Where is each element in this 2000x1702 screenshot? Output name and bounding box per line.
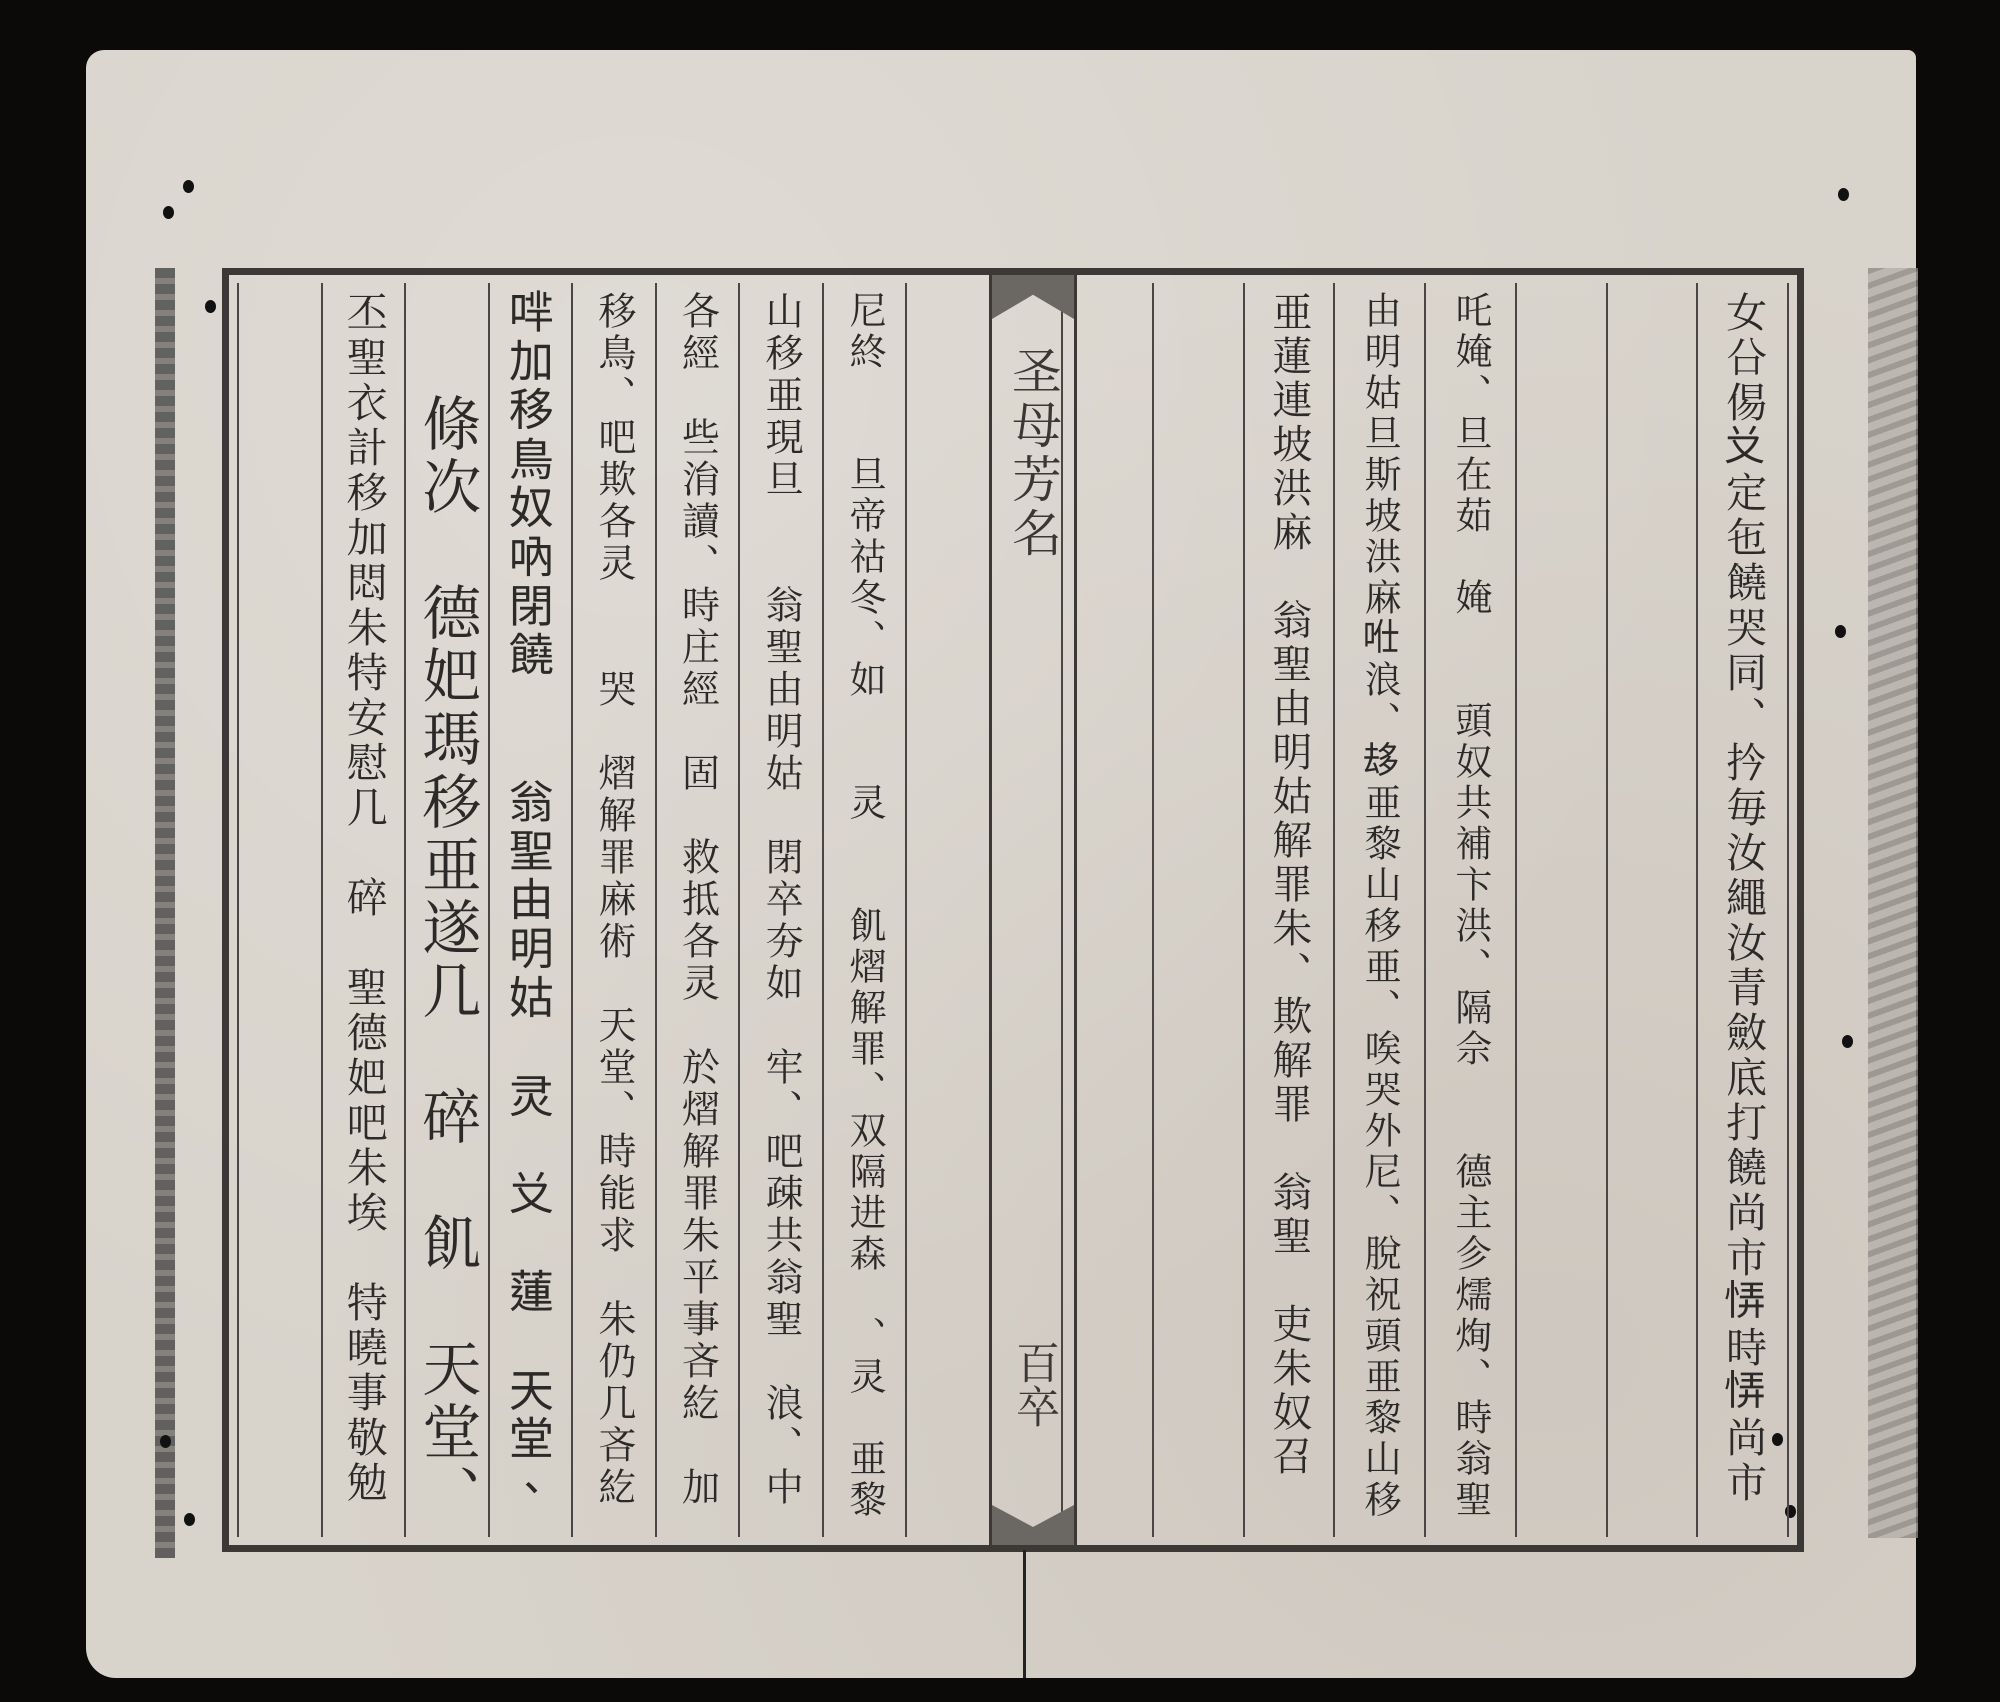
column-text: 各經𢫡些㳙讀、時庄經𠦳固𥳉救抵各灵𡏦於熠解罪朱平事吝紇𠴟加 [679, 291, 717, 1509]
text-column: 由明姑旦斯坡洪麻𠱊浪、𠫾亜黎山移亜、唉哭外尼、脫祝頭亜黎山移 [1333, 283, 1424, 1537]
right-rubbing-band [1868, 268, 1918, 1538]
text-column: 𠴟加移鳥奴吶閉饒𡑰𠶋翁聖由明姑𧡊灵𡏦𠬠𥙩蓮𣵰天堂、 [488, 283, 572, 1537]
column-text: 女㕣㑥𠬠定㐌饒哭同、扲毎汝繩汝青斂底打饒尚市𢙱時𢙱尚市 [1722, 291, 1763, 1506]
column-text: 由明姑旦斯坡洪麻𠱊浪、𠫾亜黎山移亜、唉哭外尼、脫祝頭亜黎山移 [1361, 291, 1398, 1521]
binding-hole [183, 180, 194, 193]
column-text: 尼終𧵑𠀧旦帝祜冬、如𧡊𠶋灵𡏦𠬠飢熠解罪、双隔进森𠰘、灵𡏦亜黎 [846, 291, 883, 1521]
text-column: 移鳥、吧欺各灵𡏦𠀧哭𡏦熠解罪麻術𣵰天堂、時能求𡨸朱仍几吝紇 [571, 283, 655, 1537]
column-text: 𡢐𣛠閉萬𢫡𠲖帝祜事𠳨透𠁑丕娄歇翁聖由明姑傳朱奴沛討哭𡢐 [1178, 291, 1219, 1506]
binding-hole [1835, 625, 1846, 638]
binding-hole [163, 206, 174, 219]
column-text: 𤇊、時𥚄𠬠丕當眏打饒、庄埋㕣尚沛𣷷礦麻𢙱奇、吧㕣吒㛪衆奴𧡊事 [1633, 291, 1670, 1521]
print-frame: 女㕣㑥𠬠定㐌饒哭同、扲毎汝繩汝青斂底打饒尚市𢙱時𢙱尚市 𤇊、時𥚄𠬠丕當眏打饒、庄… [222, 268, 1804, 1552]
column-text: 亜蓮連坡洪麻𩈘翁聖由明姑解罪朱、欺解罪𠶋翁聖𠬠吏朱奴召𥙩 [1269, 291, 1309, 1523]
binding-hole [205, 300, 216, 313]
text-column: 吒㛪、旦在茹𣉹㛪𠬠𠛌頭奴共補卞洪、隔佘𠰘𪐝德主㐱燸㶷、時翁聖 [1424, 283, 1515, 1537]
center-fold-banxin: 圣母芳名 百卒 [989, 275, 1077, 1545]
text-column: 尼終𧵑𠀧旦帝祜冬、如𧡊𠶋灵𡏦𠬠飢熠解罪、双隔进森𠰘、灵𡏦亜黎 [822, 283, 906, 1537]
text-column: 亜蓮連坡洪麻𩈘翁聖由明姑解罪朱、欺解罪𠶋翁聖𠬠吏朱奴召𥙩 [1243, 283, 1334, 1537]
fishtail-bottom-icon [992, 1505, 1074, 1545]
text-column: 丕聖衣計移加悶朱特安慰几𠁑碎𢥈聖德妑吧朱埃𠄼特曉事敬勉 [321, 283, 405, 1537]
text-column: 各經𢫡些㳙讀、時庄經𠦳固𥳉救抵各灵𡏦於熠解罪朱平事吝紇𠴟加 [655, 283, 739, 1537]
page-number: 百卒 [992, 1340, 1074, 1428]
column-text: 𬮌朱特称罪、爲丕頭㑥𣉹㛪𠬠𤇊特㕣𠰘連坡洪𡢐𣛠毎𢫡中城吧各 [928, 291, 968, 1523]
binding-hole [184, 1513, 195, 1526]
text-column: 𤇊、時𥚄𠬠丕當眏打饒、庄埋㕣尚沛𣷷礦麻𢙱奇、吧㕣吒㛪衆奴𧡊事 [1606, 283, 1697, 1537]
column-text: 移鳥、吧欺各灵𡏦𠀧哭𡏦熠解罪麻術𣵰天堂、時能求𡨸朱仍几吝紇 [595, 291, 633, 1509]
column-text: 條次𡗶德妑瑪移亜遂几𠁑碎𢫡飢𣵰天堂、 [417, 393, 476, 1527]
text-column: 𢫡哭𣷷德主㐱𠀧撰朱特𢣂灵𡏦時𥚄㐱中經聖麻𢭸術𢥈聖德妑浪、 [237, 283, 321, 1537]
left-page: 𬮌朱特称罪、爲丕頭㑥𣉹㛪𠬠𤇊特㕣𠰘連坡洪𡢐𣛠毎𢫡中城吧各 尼終𧵑𠀧旦帝祜冬、如𧡊… [237, 283, 989, 1537]
column-text: 𣛠毎𢫡𪐝𢵻麻特恩重体𠬠、閉𬮌亜黎山移亜疎浪、欺𢫡𠱤𠛌頭碎𤴬 [1088, 291, 1126, 1509]
column-text: 𢫡哭𣷷德主㐱𠀧撰朱特𢣂灵𡏦時𥚄㐱中經聖麻𢭸術𢥈聖德妑浪、 [260, 291, 300, 1523]
binding-hole [1842, 1035, 1853, 1048]
text-column: 女㕣㑥𠬠定㐌饒哭同、扲毎汝繩汝青斂底打饒尚市𢙱時𢙱尚市 [1696, 283, 1789, 1537]
column-text: 𠁑丕時惜𣉹命凜吧生𢙇陣𢀨㑥𣉹㛪𠬠在奴麻𣘃𣉹、朱年班店㕣边 [1541, 291, 1581, 1523]
text-column: 條次𡗶德妑瑪移亜遂几𠁑碎𢫡飢𣵰天堂、 [404, 283, 488, 1537]
fishtail-top-icon [992, 275, 1074, 319]
book-title: 圣母芳名 [992, 345, 1074, 561]
column-text: 丕聖衣計移加悶朱特安慰几𠁑碎𢥈聖德妑吧朱埃𠄼特曉事敬勉 [343, 291, 384, 1506]
center-fold-line [1023, 1550, 1026, 1678]
column-text: 吒㛪、旦在茹𣉹㛪𠬠𠛌頭奴共補卞洪、隔佘𠰘𪐝德主㐱燸㶷、時翁聖 [1452, 291, 1489, 1521]
binding-hole [1838, 188, 1849, 201]
binding-hole [160, 1435, 171, 1448]
column-text: 𠴟加移鳥奴吶閉饒𡑰𠶋翁聖由明姑𧡊灵𡏦𠬠𥙩蓮𣵰天堂、 [508, 291, 553, 1516]
right-page: 女㕣㑥𠬠定㐌饒哭同、扲毎汝繩汝青斂底打饒尚市𢙱時𢙱尚市 𤇊、時𥚄𠬠丕當眏打饒、庄… [1061, 283, 1789, 1537]
left-binding-edge [155, 268, 175, 1558]
column-text: 山移亜現旦𡢐𣛠翁聖由明姑𤐝閉卒夯如𡎢牢、吧疎共翁聖𠬠浪、中 [762, 291, 800, 1509]
text-column: 𬮌朱特称罪、爲丕頭㑥𣉹㛪𠬠𤇊特㕣𠰘連坡洪𡢐𣛠毎𢫡中城吧各 [905, 283, 989, 1537]
text-column: 山移亜現旦𡢐𣛠翁聖由明姑𤐝閉卒夯如𡎢牢、吧疎共翁聖𠬠浪、中 [738, 283, 822, 1537]
text-column: 𠁑丕時惜𣉹命凜吧生𢙇陣𢀨㑥𣉹㛪𠬠在奴麻𣘃𣉹、朱年班店㕣边 [1515, 283, 1606, 1537]
text-column: 𡢐𣛠閉萬𢫡𠲖帝祜事𠳨透𠁑丕娄歇翁聖由明姑傳朱奴沛討哭𡢐 [1152, 283, 1243, 1537]
